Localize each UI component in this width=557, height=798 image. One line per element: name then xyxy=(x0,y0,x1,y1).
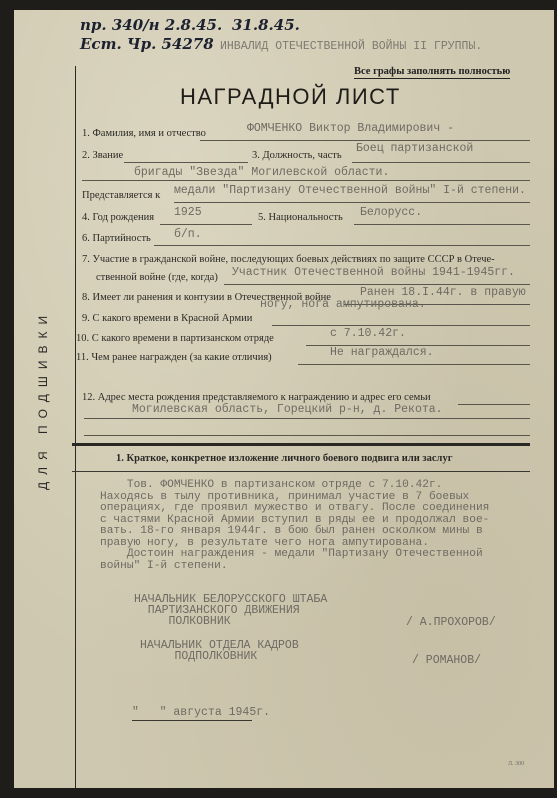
field-4-label: 4. Год рождения xyxy=(82,212,154,223)
signatory-1-title: НАЧАЛЬНИК БЕЛОРУССКОГО ШТАБА ПАРТИЗАНСКО… xyxy=(134,594,327,627)
fill-all-fields-notice: Все графы заполнять полностью xyxy=(354,66,510,79)
handwritten-registry: Ест. Чр. 54278 xyxy=(80,35,214,53)
field-10-value: с 7.10.42г. xyxy=(330,327,406,340)
field-11-value: Не награждался. xyxy=(330,346,434,359)
date-underline xyxy=(132,720,252,721)
field-5-line xyxy=(354,224,530,225)
form-code: Л. 300 xyxy=(508,761,524,767)
field-12-line-2 xyxy=(84,418,530,419)
field-7-label: 7. Участие в гражданской войне, последую… xyxy=(82,254,495,265)
field-11-line xyxy=(298,364,530,365)
field-7-value: Участник Отечественной войны 1941-1945гг… xyxy=(232,266,515,279)
disability-stamp: ИНВАЛИД ОТЕЧЕСТВЕННОЙ ВОЙНЫ II ГРУППЫ. xyxy=(220,40,482,53)
signatory-2-title: НАЧАЛЬНИК ОТДЕЛА КАДРОВ ПОДПОЛКОВНИК xyxy=(140,640,299,662)
presented-label: Представляется к xyxy=(82,190,160,201)
field-3-value: Боец партизанской xyxy=(356,142,473,155)
section-1-heading: 1. Краткое, конкретное изложение личного… xyxy=(116,453,452,464)
field-5-label: 5. Национальность xyxy=(258,212,343,223)
field-2-label: 2. Звание xyxy=(82,150,123,161)
handwritten-date: 31.8.45. xyxy=(232,16,300,34)
section-divider xyxy=(72,443,530,446)
field-3-line xyxy=(352,162,530,163)
field-12-line xyxy=(458,404,530,405)
handwritten-order-ref: пр. 340/н 2.8.45. xyxy=(80,16,222,34)
sign-date: " " августа 1945г. xyxy=(132,707,270,718)
field-1-line xyxy=(200,140,530,141)
binding-margin-line xyxy=(75,66,76,788)
signatory-1-name: / А.ПРОХОРОВ/ xyxy=(406,617,496,628)
feat-narrative: Тов. ФОМЧЕНКО в партизанском отряде с 7.… xyxy=(100,480,489,572)
field-9-line xyxy=(272,325,530,326)
field-10-label: 10. С какого времени в партизанском отря… xyxy=(76,333,274,344)
field-9-label: 9. С какого времени в Красной Армии xyxy=(82,313,252,324)
field-12-value: Могилевская область, Горецкий р-н, д. Ре… xyxy=(132,403,443,416)
field-7-label-cont: ственной войне (где, когда) xyxy=(96,272,218,283)
field-5-value: Белорусс. xyxy=(360,206,422,219)
presented-value: медали "Партизану Отечественной войны" I… xyxy=(174,184,526,197)
field-6-line xyxy=(154,245,530,246)
field-4-value: 1925 xyxy=(174,206,202,219)
section-1-underline xyxy=(72,471,530,472)
field-12-line-3 xyxy=(84,435,530,436)
field-11-label: 11. Чем ранее награжден (за какие отличи… xyxy=(76,352,272,363)
field-7-line xyxy=(224,284,530,285)
binding-label: ДЛЯ ПОДШИВКИ xyxy=(36,290,50,490)
field-1-label: 1. Фамилия, имя и отчество xyxy=(82,128,206,139)
field-6-label: 6. Партийность xyxy=(82,233,151,244)
field-12-label: 12. Адрес места рождения представляемого… xyxy=(82,392,431,403)
page-title: НАГРАДНОЙ ЛИСТ xyxy=(180,84,401,110)
award-sheet: пр. 340/н 2.8.45. 31.8.45. Ест. Чр. 5427… xyxy=(14,10,554,788)
field-6-value: б/п. xyxy=(174,228,202,241)
field-1-value: ФОМЧЕНКО Виктор Владимирович - xyxy=(247,122,454,135)
field-2-line xyxy=(124,162,248,163)
signatory-2-name: / РОМАНОВ/ xyxy=(412,655,481,666)
field-3-value-cont: бригады "Звезда" Могилевской области. xyxy=(134,166,389,179)
presented-line xyxy=(174,202,530,203)
field-4-line xyxy=(160,224,252,225)
field-8-value-cont: ногу, нога ампутирована. xyxy=(260,298,426,311)
field-3-line-2 xyxy=(82,180,530,181)
field-3-label: 3. Должность, часть xyxy=(252,150,342,161)
